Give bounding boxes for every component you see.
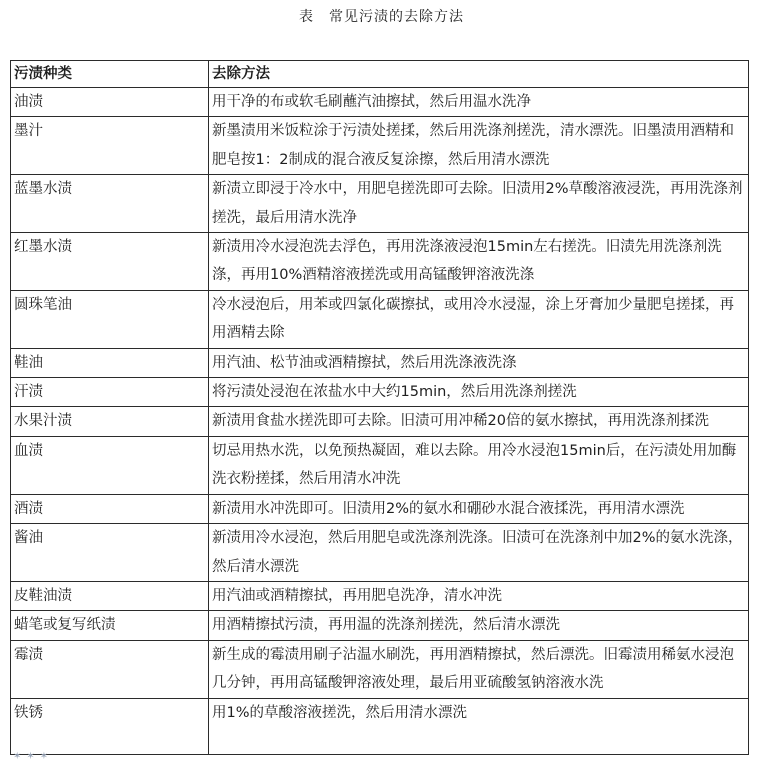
- table-row: 汗渍将污渍处浸泡在浓盐水中大约15min，然后用洗涤剂搓洗: [11, 378, 749, 407]
- stain-type-cell: 汗渍: [11, 378, 209, 407]
- star-icon: [13, 752, 21, 762]
- removal-method-cell: 新墨渍用米饭粒涂于污渍处搓揉，然后用洗涤剂搓洗，清水漂洗。旧墨渍用酒精和肥皂按1…: [209, 117, 749, 175]
- removal-method-cell: 新渍用冷水浸泡，然后用肥皂或洗涤剂洗涤。旧渍可在洗涤剂中加2%的氨水洗涤，然后清…: [209, 524, 749, 582]
- table-row: 墨汁新墨渍用米饭粒涂于污渍处搓揉，然后用洗涤剂搓洗，清水漂洗。旧墨渍用酒精和肥皂…: [11, 117, 749, 175]
- table-row: 蓝墨水渍新渍立即浸于冷水中，用肥皂搓洗即可去除。旧渍用2%草酸溶液浸洗，再用洗涤…: [11, 175, 749, 233]
- table-row: 霉渍新生成的霉渍用刷子沾温水刷洗，再用酒精擦拭，然后漂洗。旧霉渍用稀氨水浸泡几分…: [11, 640, 749, 698]
- table-row: 酒渍新渍用水冲洗即可。旧渍用2%的氨水和硼砂水混合液揉洗，再用清水漂洗: [11, 494, 749, 523]
- stain-type-cell: 蜡笔或复写纸渍: [11, 611, 209, 640]
- removal-method-cell: 用干净的布或软毛刷蘸汽油擦拭，然后用温水洗净: [209, 88, 749, 117]
- removal-method-cell: 将污渍处浸泡在浓盐水中大约15min，然后用洗涤剂搓洗: [209, 378, 749, 407]
- table-row: 铁锈用1%的草酸溶液搓洗，然后用清水漂洗: [11, 698, 749, 754]
- document-page: 表 常见污渍的去除方法 污渍种类去除方法 油渍用干净的布或软毛刷蘸汽油擦拭，然后…: [0, 0, 763, 777]
- stain-type-cell: 油渍: [11, 88, 209, 117]
- table-row: 水果汁渍新渍用食盐水搓洗即可去除。旧渍可用冲稀20倍的氨水擦拭，再用洗涤剂揉洗: [11, 407, 749, 436]
- star-icon: [40, 752, 48, 762]
- removal-method-cell: 切忌用热水洗，以免预热凝固，难以去除。用冷水浸泡15min后，在污渍处用加酶洗衣…: [209, 436, 749, 494]
- stain-type-cell: 霉渍: [11, 640, 209, 698]
- table-row: 鞋油用汽油、松节油或酒精擦拭，然后用洗涤液洗涤: [11, 348, 749, 377]
- removal-method-cell: 用酒精擦拭污渍，再用温的洗涤剂搓洗，然后清水漂洗: [209, 611, 749, 640]
- table-row: 蜡笔或复写纸渍用酒精擦拭污渍，再用温的洗涤剂搓洗，然后清水漂洗: [11, 611, 749, 640]
- column-header-stain-type: 污渍种类: [11, 61, 209, 88]
- stain-type-cell: 圆珠笔油: [11, 290, 209, 348]
- header-row: 污渍种类去除方法: [11, 61, 749, 88]
- removal-method-cell: 冷水浸泡后，用苯或四氯化碳擦拭，或用冷水浸湿，涂上牙膏加少量肥皂搓揉，再用酒精去…: [209, 290, 749, 348]
- table-row: 红墨水渍新渍用冷水浸泡洗去浮色，再用洗涤液浸泡15min左右搓洗。旧渍先用洗涤剂…: [11, 233, 749, 291]
- column-header-removal-method: 去除方法: [209, 61, 749, 88]
- stain-type-cell: 血渍: [11, 436, 209, 494]
- table-body: 油渍用干净的布或软毛刷蘸汽油擦拭，然后用温水洗净墨汁新墨渍用米饭粒涂于污渍处搓揉…: [11, 88, 749, 755]
- stain-type-cell: 水果汁渍: [11, 407, 209, 436]
- removal-method-cell: 新生成的霉渍用刷子沾温水刷洗，再用酒精擦拭，然后漂洗。旧霉渍用稀氨水浸泡几分钟，…: [209, 640, 749, 698]
- stain-type-cell: 墨汁: [11, 117, 209, 175]
- page-title: 表 常见污渍的去除方法: [0, 6, 763, 26]
- removal-method-cell: 新渍用水冲洗即可。旧渍用2%的氨水和硼砂水混合液揉洗，再用清水漂洗: [209, 494, 749, 523]
- removal-method-cell: 新渍用冷水浸泡洗去浮色，再用洗涤液浸泡15min左右搓洗。旧渍先用洗涤剂洗涤，再…: [209, 233, 749, 291]
- removal-method-cell: 新渍用食盐水搓洗即可去除。旧渍可用冲稀20倍的氨水擦拭，再用洗涤剂揉洗: [209, 407, 749, 436]
- stain-type-cell: 酒渍: [11, 494, 209, 523]
- stain-removal-table: 污渍种类去除方法 油渍用干净的布或软毛刷蘸汽油擦拭，然后用温水洗净墨汁新墨渍用米…: [10, 60, 749, 755]
- stain-type-cell: 皮鞋油渍: [11, 581, 209, 610]
- stain-type-cell: 蓝墨水渍: [11, 175, 209, 233]
- footer-star-separator: [13, 750, 48, 764]
- removal-method-cell: 用汽油或酒精擦拭，再用肥皂洗净，清水冲洗: [209, 581, 749, 610]
- removal-method-cell: 用1%的草酸溶液搓洗，然后用清水漂洗: [209, 698, 749, 754]
- table-row: 酱油新渍用冷水浸泡，然后用肥皂或洗涤剂洗涤。旧渍可在洗涤剂中加2%的氨水洗涤，然…: [11, 524, 749, 582]
- star-icon: [26, 752, 34, 762]
- stain-type-cell: 铁锈: [11, 698, 209, 754]
- stain-type-cell: 酱油: [11, 524, 209, 582]
- table-row: 圆珠笔油冷水浸泡后，用苯或四氯化碳擦拭，或用冷水浸湿，涂上牙膏加少量肥皂搓揉，再…: [11, 290, 749, 348]
- removal-method-cell: 用汽油、松节油或酒精擦拭，然后用洗涤液洗涤: [209, 348, 749, 377]
- removal-method-cell: 新渍立即浸于冷水中，用肥皂搓洗即可去除。旧渍用2%草酸溶液浸洗，再用洗涤剂搓洗，…: [209, 175, 749, 233]
- table-row: 血渍切忌用热水洗，以免预热凝固，难以去除。用冷水浸泡15min后，在污渍处用加酶…: [11, 436, 749, 494]
- stain-type-cell: 红墨水渍: [11, 233, 209, 291]
- stain-type-cell: 鞋油: [11, 348, 209, 377]
- table-row: 皮鞋油渍用汽油或酒精擦拭，再用肥皂洗净，清水冲洗: [11, 581, 749, 610]
- table-row: 油渍用干净的布或软毛刷蘸汽油擦拭，然后用温水洗净: [11, 88, 749, 117]
